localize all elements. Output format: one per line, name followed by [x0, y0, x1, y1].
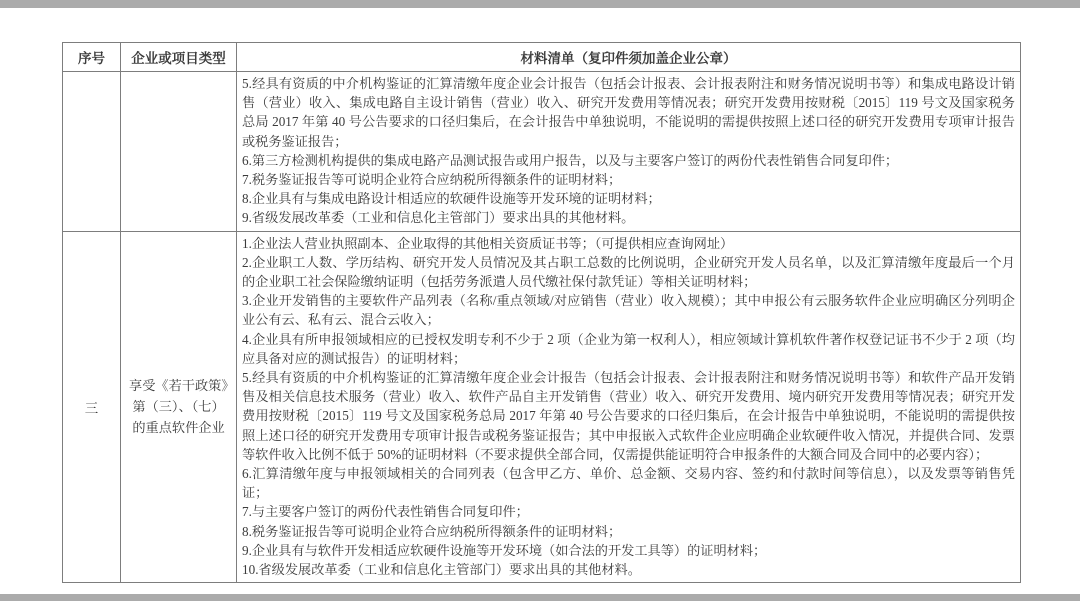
top-gray-strip [0, 0, 1080, 8]
material-item: 4.企业具有所申报领域相应的已授权发明专利不少于 2 项（企业为第一权利人），相… [242, 330, 1015, 368]
material-item: 6.第三方检测机构提供的集成电路产品测试报告或用户报告，以及与主要客户签订的两份… [242, 151, 1015, 170]
header-serial-number: 序号 [63, 43, 121, 72]
serial-number-cell [63, 72, 121, 232]
material-item: 6.汇算清缴年度与申报领域相关的合同列表（包含甲乙方、单价、总金额、交易内容、签… [242, 464, 1015, 502]
materials-table: 序号 企业或项目类型 材料清单（复印件须加盖企业公章） 5.经具有资质的中介机构… [62, 42, 1021, 583]
material-item: 2.企业职工人数、学历结构、研究开发人员情况及其占职工总数的比例说明，企业研究开… [242, 253, 1015, 291]
material-item: 7.与主要客户签订的两份代表性销售合同复印件； [242, 502, 1015, 521]
material-item: 8.企业具有与集成电路设计相适应的软硬件设施等开发环境的证明材料； [242, 189, 1015, 208]
table-row: 5.经具有资质的中介机构鉴证的汇算清缴年度企业会计报告（包括会计报表、会计报表附… [63, 72, 1021, 232]
materials-list-cell: 5.经具有资质的中介机构鉴证的汇算清缴年度企业会计报告（包括会计报表、会计报表附… [237, 72, 1021, 232]
material-item: 3.企业开发销售的主要软件产品列表（名称/重点领域/对应销售（营业）收入规模）；… [242, 291, 1015, 329]
bottom-gray-strip [0, 594, 1080, 601]
materials-list-cell: 1.企业法人营业执照副本、企业取得的其他相关资质证书等；（可提供相应查询网址）2… [237, 231, 1021, 583]
serial-number-cell: 三 [63, 231, 121, 583]
material-item: 7.税务鉴证报告等可说明企业符合应纳税所得额条件的证明材料； [242, 170, 1015, 189]
enterprise-type-cell [121, 72, 237, 232]
material-item: 10.省级发展改革委（工业和信息化主管部门）要求出具的其他材料。 [242, 560, 1015, 579]
table-row: 三享受《若干政策》第（三）、（七）的重点软件企业1.企业法人营业执照副本、企业取… [63, 231, 1021, 583]
enterprise-type-cell: 享受《若干政策》第（三）、（七）的重点软件企业 [121, 231, 237, 583]
material-item: 9.企业具有与软件开发相适应软硬件设施等开发环境（如合法的开发工具等）的证明材料… [242, 541, 1015, 560]
header-enterprise-type: 企业或项目类型 [121, 43, 237, 72]
material-item: 8.税务鉴证报告等可说明企业符合应纳税所得额条件的证明材料； [242, 522, 1015, 541]
header-row: 序号 企业或项目类型 材料清单（复印件须加盖企业公章） [63, 43, 1021, 72]
document-page: 序号 企业或项目类型 材料清单（复印件须加盖企业公章） 5.经具有资质的中介机构… [0, 0, 1080, 601]
header-materials-list: 材料清单（复印件须加盖企业公章） [237, 43, 1021, 72]
material-item: 5.经具有资质的中介机构鉴证的汇算清缴年度企业会计报告（包括会计报表、会计报表附… [242, 74, 1015, 151]
material-item: 1.企业法人营业执照副本、企业取得的其他相关资质证书等；（可提供相应查询网址） [242, 234, 1015, 253]
material-item: 9.省级发展改革委（工业和信息化主管部门）要求出具的其他材料。 [242, 208, 1015, 227]
material-item: 5.经具有资质的中介机构鉴证的汇算清缴年度企业会计报告（包括会计报表、会计报表附… [242, 368, 1015, 464]
